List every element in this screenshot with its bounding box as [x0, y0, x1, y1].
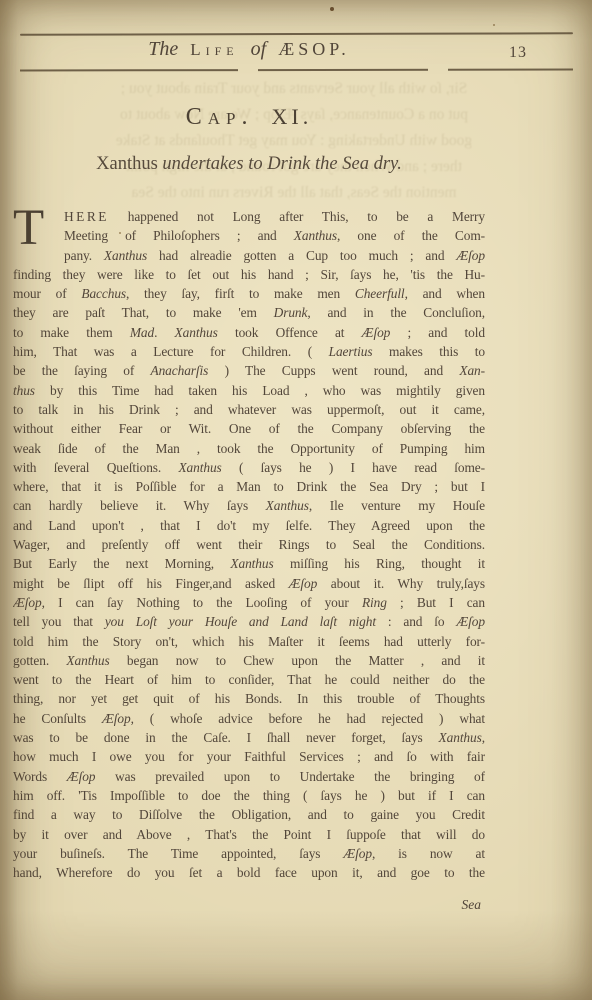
- body-line: him off. 'Tis Impoſſible to doe the thin…: [13, 786, 485, 805]
- body-line: Words Æſop was prevailed upon to Underta…: [13, 767, 485, 786]
- catchword: Sea: [13, 897, 481, 913]
- book-page-scan: Sir, ſo with all your Servants and your …: [0, 0, 592, 1000]
- body-line: to talk in his Drink ; and whatever was …: [13, 400, 485, 419]
- body-line: and Land upon't , that I do't my ſelfe. …: [13, 516, 485, 535]
- page-number: 13: [509, 44, 527, 62]
- body-line: him, That was a Lecture for Children. ( …: [13, 342, 485, 361]
- body-line: told him the Story on't, which his Maſte…: [13, 632, 485, 651]
- body-line: thing, nor yet get quit of his Bonds. In…: [13, 689, 485, 708]
- body-line: with ſeveral Queſtions. Xanthus ( ſays h…: [13, 458, 485, 477]
- running-head-aesop: ÆSOP.: [278, 39, 350, 59]
- chapter-heading-number: XI.: [272, 104, 313, 129]
- body-line: Meeting of Philoſophers ; and Xanthus, o…: [64, 226, 485, 245]
- body-line: he Conſults Æſop, ( whoſe advice before …: [13, 709, 485, 728]
- body-line: they are paſt That, to make 'em Drunk, a…: [13, 303, 485, 322]
- body-line: how much I owe you for your Faithful Ser…: [13, 747, 485, 766]
- body-line: find a way to Diſſolve the Obligation, a…: [13, 805, 485, 824]
- bleed-through-line: good with Undertaking : You may get Thou…: [36, 128, 552, 154]
- body-line: HERE happened not Long after This, to be…: [64, 207, 485, 226]
- header-rule-top: [20, 32, 573, 35]
- body-line: finding they were like to ſet out his ha…: [13, 265, 485, 284]
- chapter-heading: Cap. XI.: [13, 104, 485, 131]
- body-line: was to be done in the Caſe. I ſhall neve…: [13, 728, 485, 747]
- bleed-through-line: mention the Seas, that all the Rivers ru…: [36, 180, 552, 206]
- chapter-subtitle-rest: undertakes to Drink the Sea dry.: [158, 154, 402, 174]
- body-line: without either Fear or Wit. One of the C…: [13, 419, 485, 438]
- paper-speckles: [330, 7, 334, 11]
- bleed-through-text: Sir, ſo with all your Servants and your …: [36, 76, 552, 216]
- running-head-life: Life: [190, 40, 238, 59]
- chapter-heading-cap: Cap.: [186, 104, 254, 130]
- body-line: Æſop, I can ſay Nothing to the Looſing o…: [13, 593, 485, 612]
- body-line: can hardly believe it. Why ſays Xanthus,…: [13, 496, 485, 515]
- body-line: be the ſaying of Anacharſis ) The Cupps …: [13, 361, 485, 380]
- body-line: pany. Xanthus had alreadie gotten a Cup …: [64, 246, 485, 265]
- body-line: hand, Wherefore do you ſet a bold face u…: [13, 863, 485, 882]
- header-rule-bottom: [20, 69, 573, 72]
- body-line: by it over and Above , That's the Point …: [13, 825, 485, 844]
- chapter-subtitle: Xanthus undertakes to Drink the Sea dry.: [13, 154, 485, 175]
- body-line: mour of Bacchus, they ſay, firſt to make…: [13, 284, 485, 303]
- running-head-the: The: [148, 38, 178, 60]
- body-line: Wager, and preſently off went their Ring…: [13, 535, 485, 554]
- body-line: your buſineſs. The Time appointed, ſays …: [13, 844, 485, 863]
- body-line: went to the Heart of him to conſider, Th…: [13, 670, 485, 689]
- body-line: thus by this Time had taken his Load , w…: [13, 381, 485, 400]
- body-text: T HERE happened not Long after This, to …: [13, 207, 485, 882]
- body-line: tell you that you Loſt your Houſe and La…: [13, 612, 485, 631]
- body-line: where, that it is Poſſible for a Man to …: [13, 477, 485, 496]
- bleed-through-line: Sir, ſo with all your Servants and your …: [36, 76, 552, 102]
- body-line: might be ſlipt off his Finger,and asked …: [13, 574, 485, 593]
- running-head-of: of: [251, 38, 267, 60]
- body-line: to make them Mad. Xanthus took Offence a…: [13, 323, 485, 342]
- running-head: The Life of ÆSOP.: [13, 38, 485, 61]
- drop-cap: T: [13, 208, 57, 246]
- body-line: But Early the next Morning, Xanthus miſſ…: [13, 554, 485, 573]
- body-line: gotten. Xanthus began now to Chew upon t…: [13, 651, 485, 670]
- chapter-subtitle-name: Xanthus: [96, 154, 158, 174]
- body-line: weak ſide of the Man , took the Opportun…: [13, 439, 485, 458]
